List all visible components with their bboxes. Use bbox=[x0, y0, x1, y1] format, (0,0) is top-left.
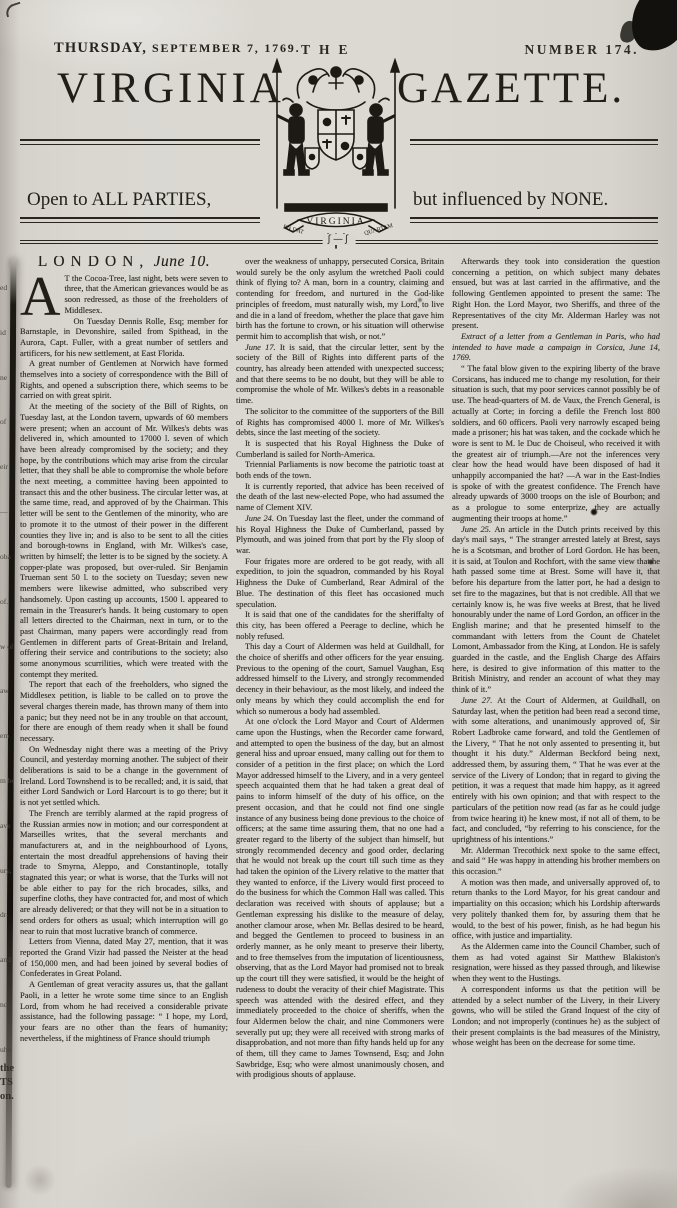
motto-right: but influenced by NONE. bbox=[413, 189, 608, 211]
section-heading: LONDON, June 10. bbox=[20, 257, 228, 268]
divider-rule bbox=[20, 217, 260, 223]
paragraph: Triennial Parliaments is now become the … bbox=[236, 459, 444, 480]
virginia-coat-of-arms-icon: VIRGINIA EN DAT QUARTAM bbox=[263, 58, 409, 256]
column-1: LONDON, June 10.AT the Cocoa-Tree, last … bbox=[20, 256, 228, 1043]
paragraph: Afterwards they took into consideration … bbox=[452, 256, 660, 331]
newspaper-page: THURSDAY, SEPTEMBER 7, 1769. THE NUMBER … bbox=[0, 0, 677, 1208]
paragraph: The French are terribly alarmed at the r… bbox=[20, 808, 228, 936]
paragraph: June 25. An article in the Dutch prints … bbox=[452, 524, 660, 695]
drop-cap: A bbox=[20, 273, 64, 319]
paragraph: June 17. It is said, that the circular l… bbox=[236, 342, 444, 406]
paragraph: Four frigates more are ordered to be got… bbox=[236, 556, 444, 610]
paragraph: June 27. At the Court of Aldermen, at Gu… bbox=[452, 695, 660, 845]
paragraph: Extract of a letter from a Gentleman in … bbox=[452, 331, 660, 363]
arms-banner-text: VIRGINIA bbox=[306, 217, 365, 227]
paragraph: A Gentleman of great veracity assures us… bbox=[20, 979, 228, 1043]
paragraph: “ The fatal blow given to the expiring l… bbox=[452, 363, 660, 524]
paragraph: A correspondent informs us that the peti… bbox=[452, 984, 660, 1048]
paragraph: Letters from Vienna, dated May 27, menti… bbox=[20, 936, 228, 979]
masthead-virginia: VIRGINIA bbox=[57, 64, 285, 113]
paragraph: A motion was then made, and universally … bbox=[452, 877, 660, 941]
column-2: over the weakness of unhappy, persecuted… bbox=[236, 256, 444, 1080]
paragraph: over the weakness of unhappy, persecuted… bbox=[236, 256, 444, 342]
masthead-gazette: GAZETTE. bbox=[397, 64, 625, 113]
divider-rule bbox=[20, 139, 260, 145]
divider-rule bbox=[410, 217, 658, 223]
paragraph: On Wednesday night there was a meeting o… bbox=[20, 744, 228, 808]
corner-ink-mark bbox=[4, 2, 24, 18]
dateline-day: THURSDAY, bbox=[54, 40, 147, 56]
paragraph: At one o'clock the Lord Mayor and Court … bbox=[236, 716, 444, 1080]
paragraph: As the Aldermen came into the Council Ch… bbox=[452, 941, 660, 984]
paragraph: It is said that one of the candidates fo… bbox=[236, 609, 444, 641]
motto-left: Open to ALL PARTIES, bbox=[27, 189, 211, 211]
paragraph: At the meeting of the society of the Bil… bbox=[20, 401, 228, 679]
issue-number: NUMBER 174. bbox=[525, 42, 640, 58]
column-3: Afterwards they took into consideration … bbox=[452, 256, 660, 1048]
paragraph: Mr. Alderman Trecothick next spoke to th… bbox=[452, 845, 660, 877]
paragraph: This day a Court of Aldermen was held at… bbox=[236, 641, 444, 716]
divider-rule bbox=[410, 139, 658, 145]
adjacent-page-fragments-large: theTSon. bbox=[0, 1062, 30, 1104]
paragraph: A great number of Gentlemen at Norwich h… bbox=[20, 358, 228, 401]
paragraph: It is suspected that his Royal Highness … bbox=[236, 438, 444, 459]
paragraph: The report that each of the freeholders,… bbox=[20, 679, 228, 743]
paragraph: It is currently reported, that advice ha… bbox=[236, 481, 444, 513]
divider-rule-full: ʃ—ʃ bbox=[20, 240, 658, 244]
paragraph: June 24. On Tuesday last the fleet, unde… bbox=[236, 513, 444, 556]
paragraph: The solicitor to the committee of the su… bbox=[236, 406, 444, 438]
masthead-the: THE bbox=[301, 42, 357, 58]
dateline-date: SEPTEMBER 7, 1769. bbox=[152, 41, 300, 55]
paragraph: AT the Cocoa-Tree, last night, bets were… bbox=[20, 273, 228, 316]
adjacent-page-fragments: edidneofeir—obaof.w ofawemm beaveury,dr-… bbox=[0, 284, 13, 1054]
dateline: THURSDAY, SEPTEMBER 7, 1769. bbox=[54, 40, 300, 57]
rule-flourish-icon: ʃ—ʃ bbox=[323, 234, 356, 245]
